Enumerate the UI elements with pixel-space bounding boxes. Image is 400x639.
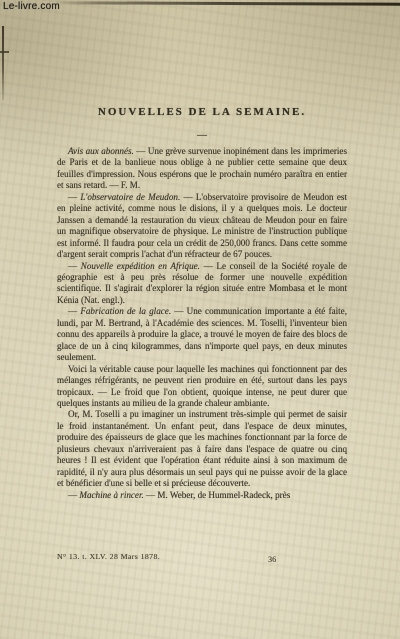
paragraph-lead: Machine à rincer.	[79, 490, 143, 500]
paragraph-prefix: —	[68, 192, 80, 202]
paragraph-text: Or, M. Toselli a pu imaginer un instrume…	[57, 409, 347, 488]
paragraph: Or, M. Toselli a pu imaginer un instrume…	[57, 409, 347, 489]
footer-issue-info: N° 13. t. XLV. 28 Mars 1878.	[57, 552, 160, 561]
page-title: NOUVELLES DE LA SEMAINE.	[57, 106, 347, 118]
footer-signature-number: 36	[268, 555, 276, 564]
paragraph-prefix: —	[68, 490, 79, 500]
paragraph-lead: L'observatoire de Meudon.	[80, 192, 180, 202]
paragraph: Voici la véritable cause pour laquelle l…	[57, 364, 347, 410]
scan-edge-left-tick	[0, 51, 9, 53]
scan-edge-left	[2, 26, 4, 100]
article-body: Avis aux abonnés. — Une grève survenue i…	[57, 146, 347, 501]
paragraph-lead: Nouvelle expédition en Afrique.	[81, 261, 200, 271]
paragraph: — Nouvelle expédition en Afrique. — Le c…	[57, 261, 347, 307]
title-divider: —	[57, 130, 347, 141]
paragraph-prefix: —	[68, 261, 81, 271]
scan-edge-top	[55, 1, 400, 6]
paragraph-lead: Fabrication de la glace.	[80, 306, 171, 316]
paragraph-text: — M. Weber, de Hummel-Radeck, près	[144, 490, 290, 500]
watermark: Le-livre.com	[3, 1, 60, 12]
paragraph-prefix: —	[68, 306, 80, 316]
paragraph-text: Voici la véritable cause pour laquelle l…	[57, 364, 347, 408]
paragraph: — L'observatoire de Meudon. — L'observat…	[57, 192, 347, 261]
scanned-page: Le-livre.com NOUVELLES DE LA SEMAINE. — …	[0, 0, 400, 639]
paragraph: — Fabrication de la glace. — Une communi…	[57, 306, 347, 363]
paragraph: Avis aux abonnés. — Une grève survenue i…	[57, 146, 347, 192]
paragraph: — Machine à rincer. — M. Weber, de Humme…	[57, 490, 347, 501]
paragraph-lead: Avis aux abonnés.	[68, 146, 134, 156]
